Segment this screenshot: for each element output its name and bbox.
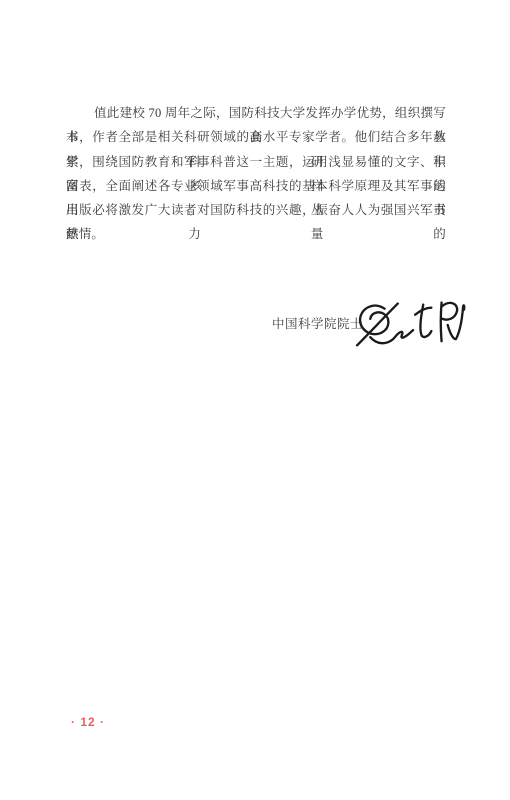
preface-paragraph: 值此建校 70 周年之际，国防科技大学发挥办学优势，组织撰写本套丛 书，作者全部… bbox=[66, 101, 446, 247]
paragraph-line-1: 值此建校 70 周年之际，国防科技大学发挥办学优势，组织撰写本套丛 bbox=[66, 101, 446, 125]
paragraph-line-4: 图表，全面阐述各专业领域军事高科技的基本科学原理及其军事运用。丛书 bbox=[66, 174, 446, 198]
page-number: · 12 · bbox=[71, 715, 105, 729]
paragraph-line-3: 累，围绕国防教育和军事科普这一主题，运用浅显易懂的文字、丰富多样的 bbox=[66, 150, 446, 174]
signature-row: 中国科学院院士 bbox=[0, 290, 510, 360]
handwritten-signature-icon bbox=[354, 298, 466, 356]
signer-title-label: 中国科学院院士 bbox=[272, 314, 363, 332]
book-page: 值此建校 70 周年之际，国防科技大学发挥办学优势，组织撰写本套丛 书，作者全部… bbox=[0, 0, 510, 800]
paragraph-line-5: 出版必将激发广大读者对国防科技的兴趣，振奋人人为强国兴军贡献力量的 bbox=[66, 198, 446, 222]
paragraph-line-2: 书，作者全部是相关科研领域的高水平专家学者。他们结合多年教学科研积 bbox=[66, 125, 446, 149]
